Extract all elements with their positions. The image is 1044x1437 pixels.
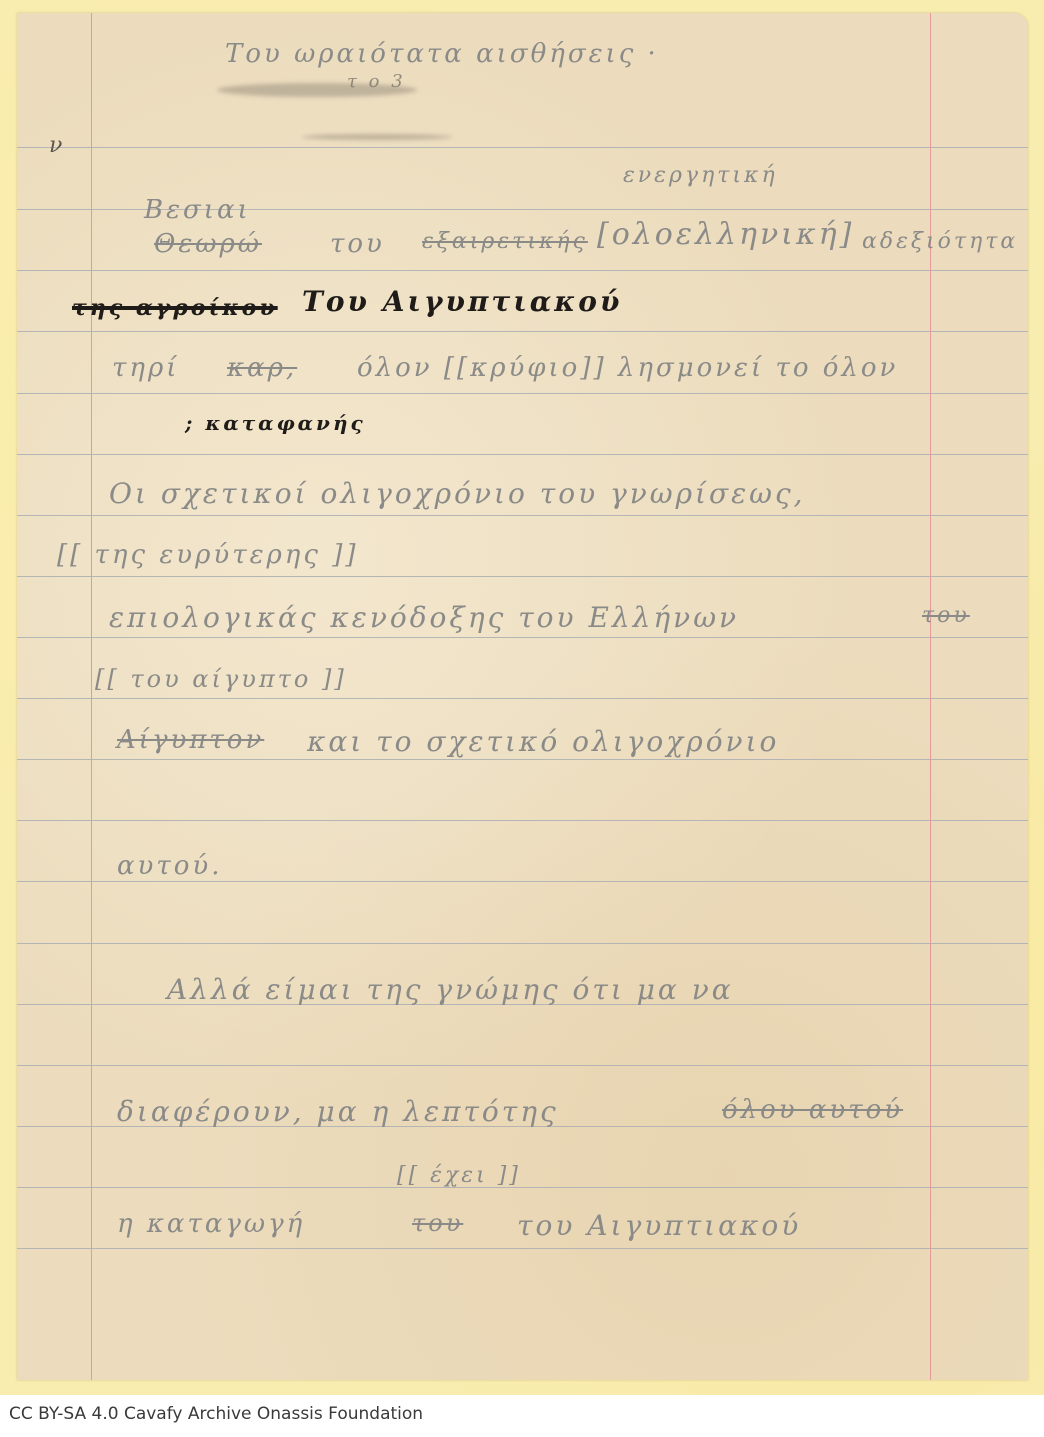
line-7-bracketed-text: [[ του αίγυπτο ]] bbox=[95, 665, 347, 693]
line-5-bracketed-text: [[ της ευρύτερης ]] bbox=[57, 540, 359, 570]
line-9-text: αυτού. bbox=[117, 851, 222, 881]
underline-smudge bbox=[302, 134, 452, 140]
ruled-line bbox=[17, 270, 1028, 271]
line-6-cancelled-word: του bbox=[922, 603, 970, 628]
line-2-ink-text: Του Αιγυπτιακού bbox=[302, 285, 622, 318]
line-11-cancelled-text: όλου αυτού bbox=[722, 1095, 903, 1125]
line-1-cancelled-word: εξαιρετικής bbox=[422, 229, 588, 254]
ruled-line bbox=[17, 1248, 1028, 1249]
ruled-line bbox=[17, 1065, 1028, 1066]
margin-mark: ν bbox=[49, 133, 65, 158]
ruled-line bbox=[17, 698, 1028, 699]
line-11-text: διαφέρουν, μα η λεπτότης bbox=[117, 1095, 559, 1128]
line-1-bracketed-insert: [ολοελληνική] bbox=[597, 217, 854, 252]
line-6-text: επιολογικάς κενόδοξης του Ελλήνων bbox=[109, 601, 739, 634]
ruled-line bbox=[17, 393, 1028, 394]
ruled-line bbox=[17, 759, 1028, 760]
right-margin-line bbox=[930, 13, 931, 1380]
ruled-line bbox=[17, 454, 1028, 455]
line-10-text: Αλλά είμαι της γνώμης ότι μα να bbox=[167, 973, 734, 1006]
line-12-text-end: του Αιγυπτιακού bbox=[517, 1209, 801, 1242]
left-margin-line bbox=[91, 13, 92, 1380]
line-3-text: όλον [[κρύφιο]] λησμονεί το όλον bbox=[357, 353, 898, 383]
manuscript-page: Του ωραιότατα αισθήσεις · τ ο 3 ν ενεργη… bbox=[17, 13, 1028, 1380]
line-12-text: η καταγωγή bbox=[117, 1209, 305, 1239]
ruled-line bbox=[17, 331, 1028, 332]
line-1-word: του bbox=[330, 229, 385, 259]
line-3-word: τηρί bbox=[112, 353, 179, 383]
ruled-line bbox=[17, 943, 1028, 944]
line-1-word: αδεξιότητα bbox=[862, 229, 1018, 254]
ruled-line bbox=[17, 820, 1028, 821]
line-8-cancelled-word: Αίγυπτον bbox=[117, 725, 264, 755]
ruled-line bbox=[17, 515, 1028, 516]
ruled-line bbox=[17, 147, 1028, 148]
line-3-cancelled-word: καρ, bbox=[227, 353, 297, 383]
line-4-text: Οι σχετικοί ολιγοχρόνιο του γνωρίσεως, bbox=[109, 477, 806, 510]
ruled-line bbox=[17, 881, 1028, 882]
line-12-bracketed-insert: [[ έχει ]] bbox=[397, 1163, 521, 1188]
ruled-line bbox=[17, 576, 1028, 577]
line-1-cancelled-word: Θεωρώ bbox=[154, 229, 262, 259]
line-3-ink-insert: ; καταφανής bbox=[185, 411, 366, 435]
ruled-line bbox=[17, 637, 1028, 638]
heading-cancelled: τ ο 3 bbox=[347, 71, 406, 92]
line-1-word: Βεσιαι bbox=[144, 195, 251, 225]
above-insert: ενεργητική bbox=[623, 163, 778, 188]
heading-text: Του ωραιότατα αισθήσεις · bbox=[225, 39, 659, 69]
line-8-text: και το σχετικό ολιγοχρόνιο bbox=[307, 725, 779, 758]
license-caption: CC BY-SA 4.0 Cavafy Archive Onassis Foun… bbox=[9, 1404, 423, 1424]
line-12-cancelled-word: του bbox=[412, 1209, 463, 1237]
line-2-cancelled-ink: της αγροίκου bbox=[72, 295, 278, 321]
ruled-line bbox=[17, 1187, 1028, 1188]
